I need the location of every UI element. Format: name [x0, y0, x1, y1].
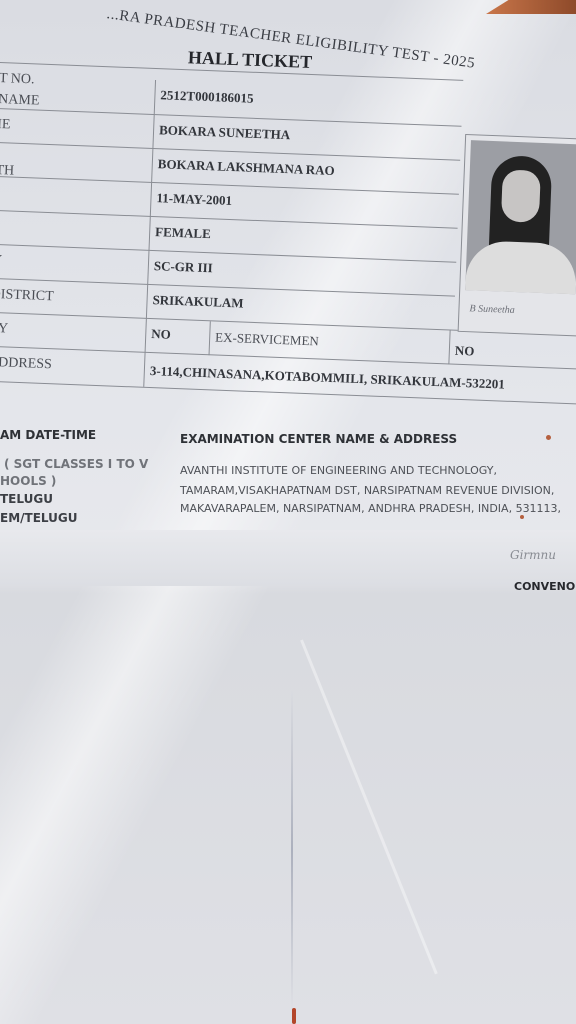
- row-label: ADDRESS: [0, 355, 52, 373]
- paper-crease: [291, 690, 293, 1010]
- column-divider: [154, 80, 156, 114]
- column-divider: [146, 285, 148, 319]
- exam-paper-line: ( SGT CLASSES I TO V: [4, 457, 148, 471]
- row-label: DISTRICT: [0, 287, 54, 305]
- father-name: BOKARA LAKSHMANA RAO: [158, 156, 335, 179]
- category: SC-GR III: [154, 258, 213, 276]
- candidate-photo: B Suneetha: [458, 134, 576, 337]
- gender: FEMALE: [155, 224, 211, 242]
- pwd-value: NO: [151, 326, 171, 343]
- row-label: Y: [0, 253, 2, 269]
- paper-fold: [0, 530, 576, 586]
- exam-paper-line: HOOLS ): [0, 474, 56, 488]
- column-divider: [147, 251, 149, 285]
- photo-icon: [465, 140, 576, 294]
- column-divider: [209, 321, 211, 355]
- column-divider: [151, 149, 153, 183]
- column-divider: [150, 183, 152, 217]
- candidate-name: BOKARA SUNEETHA: [159, 122, 291, 143]
- stain-mark: [546, 435, 551, 440]
- candidate-signature: B Suneetha: [469, 303, 515, 316]
- row-label: RY: [0, 321, 8, 338]
- column-divider: [145, 319, 147, 353]
- row-label: NAME: [0, 92, 40, 110]
- stain-mark: [520, 515, 524, 519]
- exam-center-line: AVANTHI INSTITUTE OF ENGINEERING AND TEC…: [180, 464, 497, 477]
- district: SRIKAKULAM: [152, 292, 244, 311]
- exam-center-line: MAKAVARAPALEM, NARSIPATNAM, ANDHRA PRADE…: [180, 502, 561, 515]
- exam-date-time-heading: AM DATE-TIME: [0, 428, 96, 442]
- exam-medium-line: EM/TELUGU: [0, 511, 77, 525]
- hall-ticket-details: ...RA PRADESH TEACHER ELIGIBILITY TEST -…: [0, 0, 576, 562]
- column-divider: [143, 353, 145, 387]
- address: 3-114,CHINASANA,KOTABOMMILI, SRIKAKULAM-…: [150, 363, 505, 393]
- column-divider: [152, 115, 154, 149]
- column-divider: [448, 331, 450, 365]
- ex-servicemen-value: NO: [455, 343, 475, 360]
- convenor-label: CONVENO: [514, 580, 575, 593]
- red-mark: [292, 1008, 296, 1024]
- date-of-birth: 11-MAY-2001: [156, 190, 232, 209]
- convenor-signature: Girmnu: [510, 548, 556, 562]
- hall-ticket-number: 2512T000186015: [160, 87, 254, 107]
- exam-center-heading: EXAMINATION CENTER NAME & ADDRESS: [180, 432, 457, 446]
- column-divider: [148, 217, 150, 251]
- exam-language-line: TELUGU: [0, 492, 53, 506]
- row-label: IE: [0, 117, 11, 133]
- ex-servicemen-label: EX-SERVICEMEN: [215, 330, 319, 350]
- exam-center-line: TAMARAM,VISAKHAPATNAM DST, NARSIPATNAM R…: [180, 484, 554, 497]
